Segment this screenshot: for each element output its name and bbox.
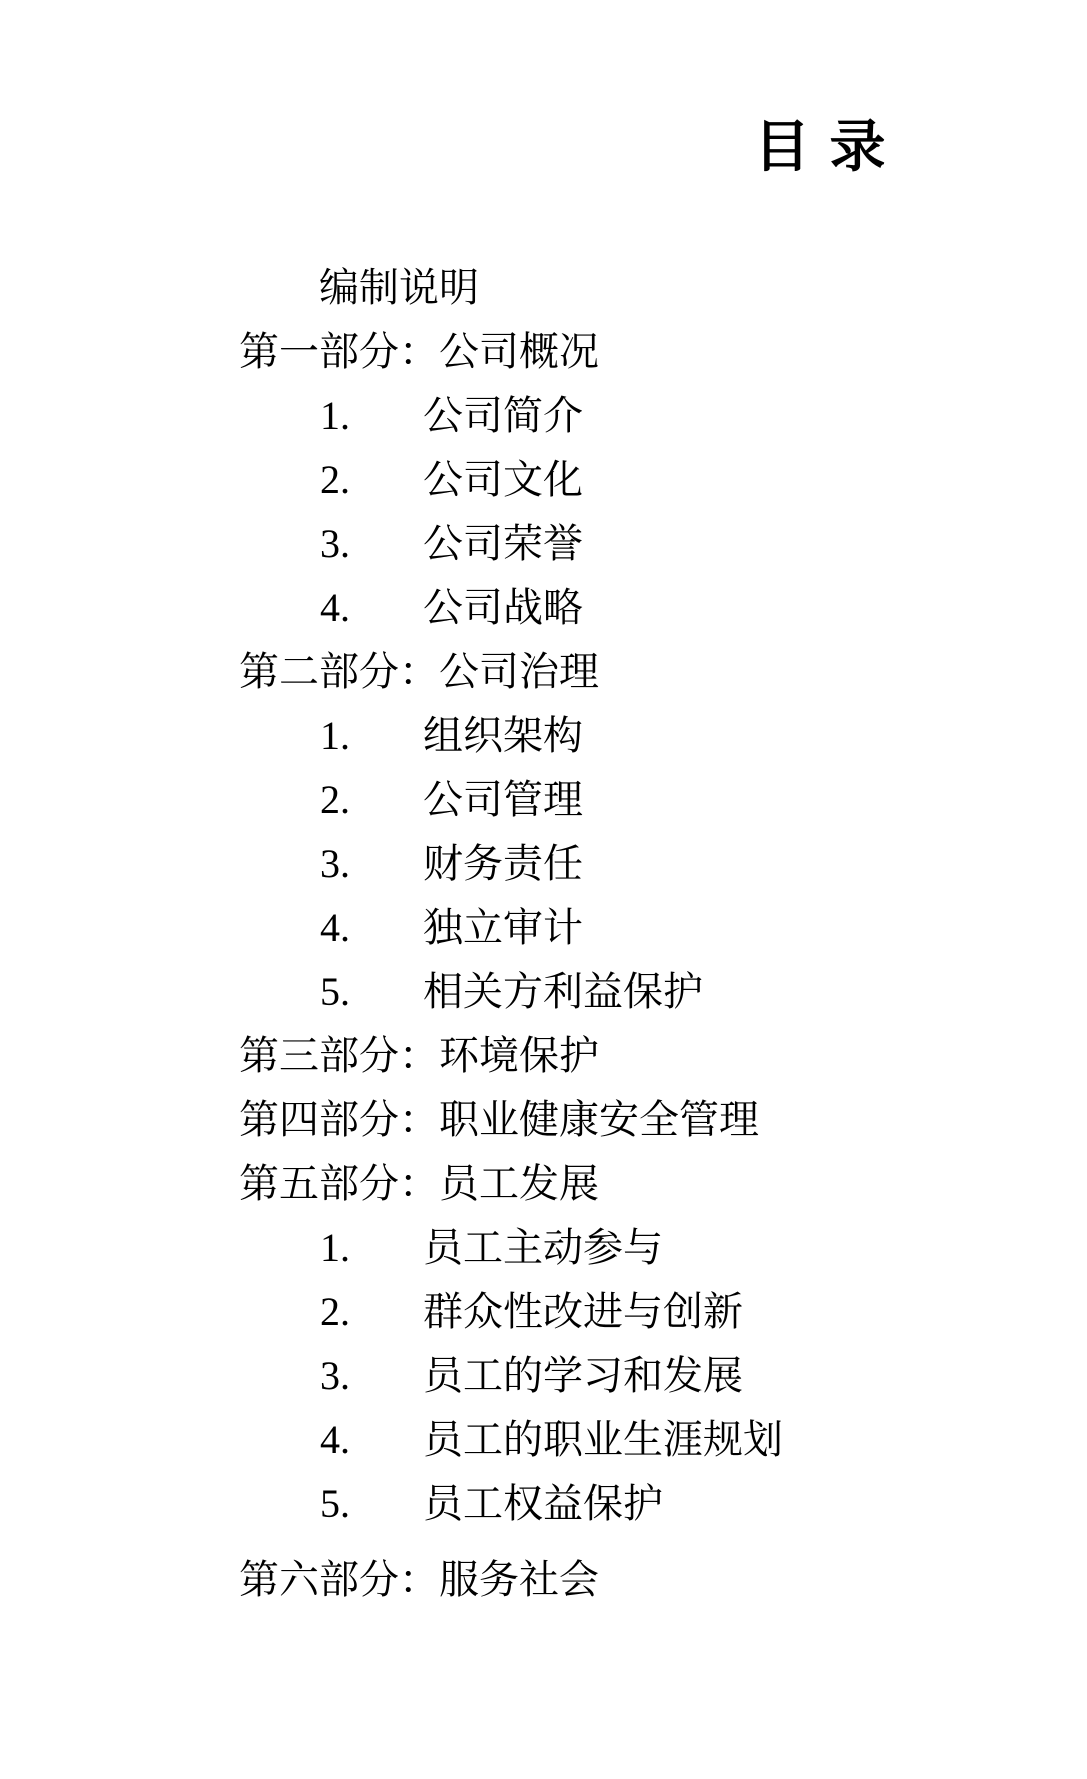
- toc-item: 1.员工主动参与: [0, 1216, 1087, 1280]
- toc-item-number: 2.: [320, 768, 423, 832]
- toc-item-text: 公司管理: [423, 777, 583, 822]
- toc-item: 2.公司文化: [0, 448, 1087, 512]
- toc-item-number: 1.: [320, 1216, 423, 1280]
- toc-section-text: 第四部分：职业健康安全管理: [239, 1097, 759, 1142]
- toc-item-text: 员工权益保护: [423, 1481, 663, 1526]
- toc-item-text: 独立审计: [423, 905, 583, 950]
- toc-item-number: 3.: [320, 832, 423, 896]
- toc-item-number: 3.: [320, 512, 423, 576]
- toc-item-text: 员工的学习和发展: [423, 1353, 743, 1398]
- toc-section-text: 第一部分：公司概况: [239, 329, 599, 374]
- toc-section-text: 第三部分：环境保护: [239, 1033, 599, 1078]
- toc-section-text: 第五部分：员工发展: [239, 1161, 599, 1206]
- toc-item: 1.公司简介: [0, 384, 1087, 448]
- toc-item-number: 1.: [320, 704, 423, 768]
- toc-item: 1.组织架构: [0, 704, 1087, 768]
- toc-item-text: 财务责任: [423, 841, 583, 886]
- toc-entry-preface: 编制说明: [0, 256, 1087, 320]
- toc-item: 5.员工权益保护: [0, 1472, 1087, 1536]
- toc-item-text: 公司文化: [423, 457, 583, 502]
- toc-item-number: 2.: [320, 448, 423, 512]
- toc-item-text: 员工主动参与: [423, 1225, 663, 1270]
- toc-item-number: 5.: [320, 960, 423, 1024]
- toc-item-text: 组织架构: [423, 713, 583, 758]
- page-title: 目 录: [754, 118, 888, 177]
- toc-item-number: 2.: [320, 1280, 423, 1344]
- toc-item-number: 1.: [320, 384, 423, 448]
- toc-section-part1: 第一部分：公司概况: [0, 320, 1087, 384]
- toc-item-text: 相关方利益保护: [423, 969, 703, 1014]
- toc-section-part6: 第六部分：服务社会: [0, 1548, 1087, 1612]
- toc-section-part5: 第五部分：员工发展: [0, 1152, 1087, 1216]
- toc-section-part4: 第四部分：职业健康安全管理: [0, 1088, 1087, 1152]
- table-of-contents: 编制说明 第一部分：公司概况 1.公司简介 2.公司文化 3.公司荣誉 4.公司…: [0, 256, 1087, 1612]
- toc-section-text: 第二部分：公司治理: [239, 649, 599, 694]
- toc-item-number: 5.: [320, 1472, 423, 1536]
- toc-item-text: 员工的职业生涯规划: [423, 1417, 783, 1462]
- toc-item: 4.独立审计: [0, 896, 1087, 960]
- toc-item: 2.群众性改进与创新: [0, 1280, 1087, 1344]
- toc-section-text: 第六部分：服务社会: [239, 1557, 599, 1602]
- toc-item: 3.员工的学习和发展: [0, 1344, 1087, 1408]
- toc-section-part2: 第二部分：公司治理: [0, 640, 1087, 704]
- toc-item: 3.财务责任: [0, 832, 1087, 896]
- toc-item-text: 公司简介: [423, 393, 583, 438]
- toc-item-text: 群众性改进与创新: [423, 1289, 743, 1334]
- toc-item-text: 公司荣誉: [423, 521, 583, 566]
- toc-item-text: 公司战略: [423, 585, 583, 630]
- toc-entry-text: 编制说明: [319, 265, 479, 310]
- toc-item-number: 4.: [320, 896, 423, 960]
- toc-item-number: 4.: [320, 576, 423, 640]
- toc-item: 3.公司荣誉: [0, 512, 1087, 576]
- toc-section-part3: 第三部分：环境保护: [0, 1024, 1087, 1088]
- toc-item: 4.员工的职业生涯规划: [0, 1408, 1087, 1472]
- toc-item: 4.公司战略: [0, 576, 1087, 640]
- toc-item-number: 4.: [320, 1408, 423, 1472]
- toc-item: 2.公司管理: [0, 768, 1087, 832]
- document-page: { "document": { "title": "目 录" }, "toc":…: [0, 0, 1087, 1779]
- toc-item-number: 3.: [320, 1344, 423, 1408]
- toc-item: 5.相关方利益保护: [0, 960, 1087, 1024]
